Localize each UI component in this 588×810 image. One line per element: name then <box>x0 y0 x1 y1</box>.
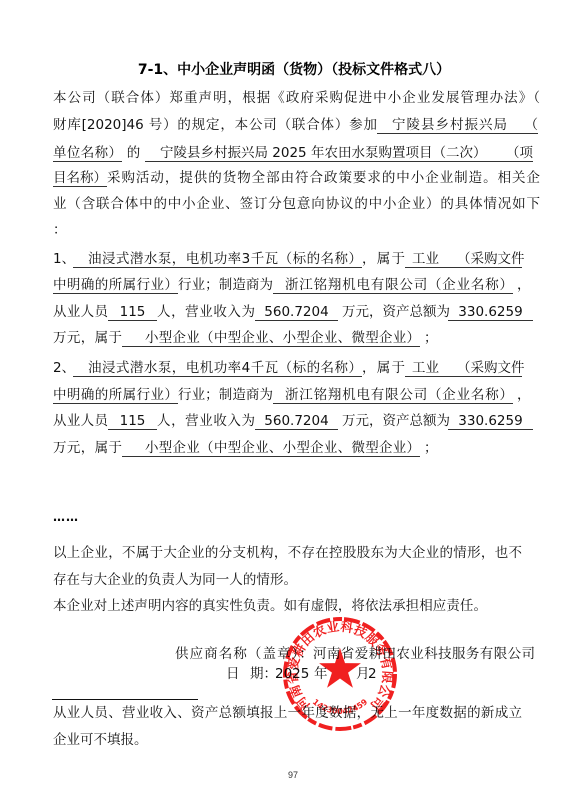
item-1-line-4: 万元，属于 小型企业（中型企业、小型企业、微型企业） ； <box>53 329 440 347</box>
seal-star-icon <box>319 648 361 688</box>
intro-colon: ： <box>53 221 73 239</box>
item-2-line-2: 中明确的所属行业） 行业；制造商为 浙江铭翔机电有限公司（企业名称） ， <box>53 386 533 404</box>
item-text: 从业人员 <box>53 303 108 321</box>
company-seal-icon: 河南省爱耕田农业科技服务有限公司 14230042459 <box>280 614 400 734</box>
item-text: 行业；制造商为 <box>178 386 273 404</box>
item-1-line-2: 中明确的所属行业） 行业；制造商为 浙江铭翔机电有限公司（企业名称） ， <box>53 276 533 294</box>
item-assets: 330.6259 <box>448 412 533 430</box>
item-text: 从业人员 <box>53 412 108 430</box>
item-text: 万元，属于 <box>53 329 122 347</box>
item-text: 人，营业收入为 <box>157 412 255 430</box>
footnote-line-2: 企业可不填报。 <box>53 731 147 749</box>
item-1-line-1: 1、 油浸式潜水泵，电机功率3千瓦（标的名称） ，属于 工业 （采购文件 <box>53 250 522 268</box>
field-hint: （采购文件 <box>457 359 522 376</box>
seal-code: 14230042459 <box>311 697 370 716</box>
footnote-divider <box>52 699 198 700</box>
date-label: 期： <box>250 665 275 683</box>
item-employees: 115 <box>108 412 157 430</box>
item-text: 万元，属于 <box>53 439 122 457</box>
item-industry: 工业 <box>412 250 439 267</box>
closing-text: 存在与大企业的负责人为同一人的情形。 <box>53 571 297 589</box>
project-field: 宁陵县乡村振兴局 2025 年农田水泵购置项目（二次） （项 <box>145 144 533 162</box>
item-2-line-1: 2、 油浸式潜水泵，电机功率4千瓦（标的名称） ，属于 工业 （采购文件 <box>53 359 522 377</box>
item-revenue: 560.7204 <box>255 303 338 321</box>
field-hint: （项 <box>506 144 533 161</box>
closing-line-3: 本企业对上述声明内容的真实性负责。如有虚假，将依法承担相应责任。 <box>53 597 487 615</box>
closing-line-2: 存在与大企业的负责人为同一人的情形。 <box>53 571 297 589</box>
intro-line-4: 目名称） 采购活动，提供的货物全部由符合政策要求的中小企业制造。相关企 <box>53 169 540 187</box>
field-hint: 目名称） <box>53 169 107 187</box>
intro-text: 业（含联合体中的中小企业、签订分包意向协议的中小企业）的具体情况如下 <box>53 195 540 213</box>
intro-line-2: 财库[2020]46 号）的规定，本公司（联合体）参加 宁陵县乡村振兴局 （ <box>53 116 538 134</box>
item-text: 行业；制造商为 <box>178 276 273 294</box>
item-size: 小型企业（中型企业、小型企业、微型企业） <box>122 329 420 347</box>
item-2-line-4: 万元，属于 小型企业（中型企业、小型企业、微型企业） ； <box>53 439 440 457</box>
field-hint: 单位名称） <box>53 144 122 162</box>
closing-line-1: 以上企业，不属于大企业的分支机构，不存在控股股东为大企业的情形，也不 <box>53 544 522 562</box>
intro-text: 的 <box>122 144 145 162</box>
industry-field: 工业 （采购文件 <box>405 250 522 268</box>
industry-field: 工业 （采购文件 <box>405 359 522 377</box>
item-employees: 115 <box>108 303 157 321</box>
project-name: 宁陵县乡村振兴局 2025 年农田水泵购置项目（二次） <box>160 144 483 161</box>
item-1-line-3: 从业人员 115 人，营业收入为 560.7204 万元，资产总额为 330.6… <box>53 303 533 321</box>
field-hint: （ <box>525 116 539 133</box>
page-title: 7-1、中小企业声明函（货物）（投标文件格式八） <box>0 61 588 79</box>
item-text: ， <box>513 276 533 294</box>
ellipsis: …… <box>53 508 79 526</box>
item-text: ； <box>420 439 440 457</box>
intro-text: 采购活动，提供的货物全部由符合政策要求的中小企业制造。相关企 <box>107 169 540 187</box>
item-text: ，属于 <box>362 359 405 377</box>
closing-text: 以上企业，不属于大企业的分支机构，不存在控股股东为大企业的情形，也不 <box>53 544 522 562</box>
item-size: 小型企业（中型企业、小型企业、微型企业） <box>122 439 420 457</box>
page-number: 97 <box>283 770 303 780</box>
item-assets: 330.6259 <box>448 303 533 321</box>
intro-line-5: 业（含联合体中的中小企业、签订分包意向协议的中小企业）的具体情况如下 <box>53 195 540 213</box>
field-hint: 中明确的所属行业） <box>53 386 178 404</box>
date-label: 日 <box>226 665 250 683</box>
item-2-line-3: 从业人员 115 人，营业收入为 560.7204 万元，资产总额为 330.6… <box>53 412 533 430</box>
item-subject: 油浸式潜水泵，电机功率4千瓦（标的名称） <box>73 359 362 377</box>
item-text: 人，营业收入为 <box>157 303 255 321</box>
footnote-text: 企业可不填报。 <box>53 731 147 749</box>
intro-line-1: 本公司（联合体）郑重声明，根据《政府采购促进中小企业发展管理办法》（ <box>53 89 540 107</box>
purchaser-field: 宁陵县乡村振兴局 （ <box>377 116 538 134</box>
intro-line-6: ： <box>53 221 73 239</box>
item-subject: 油浸式潜水泵，电机功率3千瓦（标的名称） <box>73 250 362 268</box>
item-text: 万元，资产总额为 <box>338 412 448 430</box>
seal-code-arc: 14230042459 <box>311 697 370 716</box>
intro-text: 本公司（联合体）郑重声明，根据《政府采购促进中小企业发展管理办法》（ <box>53 89 540 107</box>
item-index: 1、 <box>53 250 73 268</box>
closing-text: 本企业对上述声明内容的真实性负责。如有虚假，将依法承担相应责任。 <box>53 597 487 615</box>
purchaser-name: 宁陵县乡村振兴局 <box>392 116 507 133</box>
intro-text: 财库[2020]46 号）的规定，本公司（联合体）参加 <box>53 116 377 134</box>
item-text: ， <box>513 386 533 404</box>
item-manufacturer: 浙江铭翔机电有限公司（企业名称） <box>273 386 513 404</box>
item-text: 万元，资产总额为 <box>338 303 448 321</box>
item-manufacturer: 浙江铭翔机电有限公司（企业名称） <box>273 276 513 294</box>
item-industry: 工业 <box>412 359 439 376</box>
field-hint: 中明确的所属行业） <box>53 276 178 294</box>
field-hint: （采购文件 <box>457 250 522 267</box>
item-revenue: 560.7204 <box>255 412 338 430</box>
intro-line-3: 单位名称） 的 宁陵县乡村振兴局 2025 年农田水泵购置项目（二次） （项 <box>53 144 533 162</box>
item-text: ，属于 <box>362 250 405 268</box>
item-index: 2、 <box>53 359 73 377</box>
item-text: ； <box>420 329 440 347</box>
document-page: 7-1、中小企业声明函（货物）（投标文件格式八） 本公司（联合体）郑重声明，根据… <box>0 0 588 810</box>
